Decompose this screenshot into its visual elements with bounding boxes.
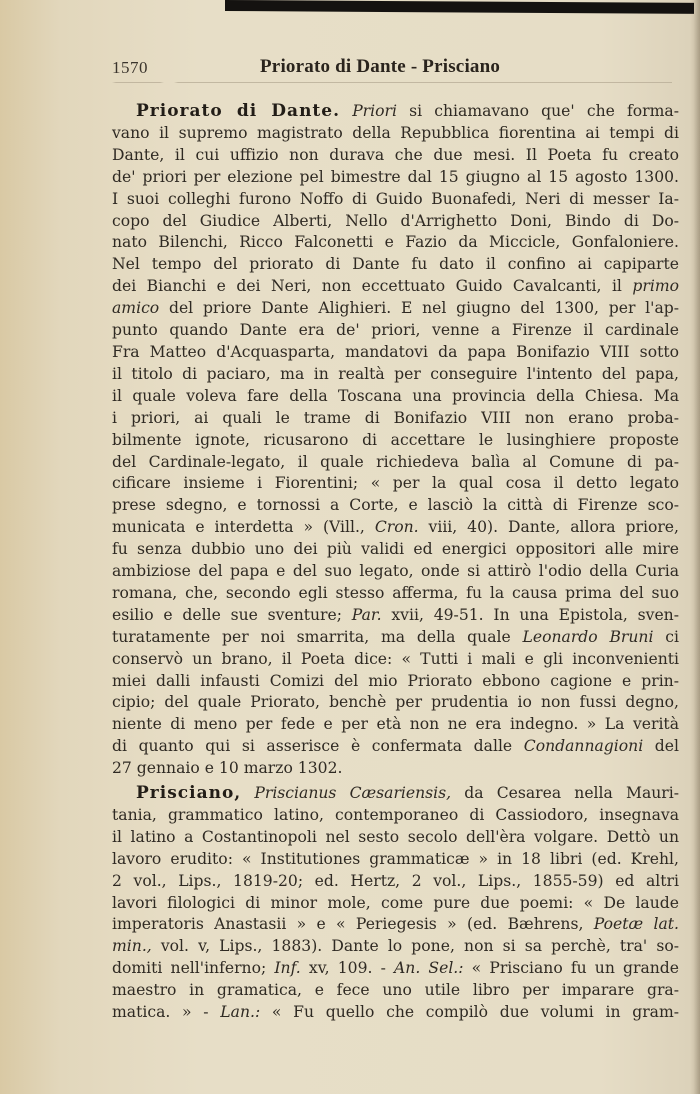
entry-line: il quale voleva fare della Toscana una p… — [112, 386, 679, 408]
entry-line: ambiziose del papa e del suo legato, ond… — [112, 561, 679, 583]
entry-line: niente di meno per fede e per età non ne… — [112, 714, 679, 736]
entry-line: amico del priore Dante Alighieri. E nel … — [112, 298, 679, 320]
entry-line: il latino a Costantinopoli nel sesto sec… — [112, 827, 679, 849]
headword: Prisciano, — [136, 783, 241, 803]
entry-line: del Cardinale-legato, il quale richiedev… — [112, 452, 679, 474]
entry-line: cipio; del quale Priorato, benchè per pr… — [112, 692, 679, 714]
entry-line: Nel tempo del priorato di Dante fu dato … — [112, 254, 679, 276]
entry-line: Fra Matteo d'Acquasparta, mandatovi da p… — [112, 342, 679, 364]
entry-line: cificare insieme i Fiorentini; « per la … — [112, 473, 679, 495]
running-head: 1570 Priorato di Dante - Prisciano — [112, 56, 672, 82]
entry-line: esilio e delle sue sventure; Par. xvii, … — [112, 605, 679, 627]
entry-line: matica. » - Lan.: « Fu quello che compil… — [112, 1002, 679, 1024]
entry-line: turatamente per noi smarrita, ma della q… — [112, 627, 679, 649]
entry-line: Dante, il cui uffizio non durava che due… — [112, 145, 679, 167]
entry-line: min., vol. v, Lips., 1883). Dante lo pon… — [112, 936, 679, 958]
entry-line: 27 gennaio e 10 marzo 1302. — [112, 758, 679, 780]
entry-line: lavori filologici di minor mole, come pu… — [112, 893, 679, 915]
entry-line: fu senza dubbio uno dei più validi ed en… — [112, 539, 679, 561]
entry-line: domiti nell'inferno; Inf. xv, 109. - An.… — [112, 958, 679, 980]
entry-line: i priori, ai quali le trame di Bonifazio… — [112, 408, 679, 430]
entry-line: Priorato di Dante. Priori si chiamavano … — [112, 101, 679, 123]
entry-line: municata e interdetta » (Vill., Cron. vi… — [112, 517, 679, 539]
headword: Priorato di Dante. — [136, 101, 340, 121]
entry-line: il titolo di paciaro, ma in realtà per c… — [112, 364, 679, 386]
entry-line: vano il supremo magistrato della Repubbl… — [112, 123, 679, 145]
entry-line: de' priori per elezione pel bimestre dal… — [112, 167, 679, 189]
running-title: Priorato di Dante - Prisciano — [260, 56, 500, 78]
entry-prisciano: Prisciano, Priscianus Cæsariensis, da Ce… — [112, 783, 679, 1024]
entry-line: romana, che, secondo egli stesso afferma… — [112, 583, 679, 605]
entry-line: bilmente ignote, ricusarono di accettare… — [112, 430, 679, 452]
entry-line: copo del Giudice Alberti, Nello d'Arrigh… — [112, 211, 679, 233]
entry-priorato-di-dante: Priorato di Dante. Priori si chiamavano … — [112, 101, 679, 780]
entry-line: dei Bianchi e dei Neri, non eccettuato G… — [112, 276, 679, 298]
scan-top-edge — [225, 0, 700, 14]
header-rule — [112, 82, 672, 83]
entry-line: Prisciano, Priscianus Cæsariensis, da Ce… — [112, 783, 679, 805]
entry-line: nato Bilenchi, Ricco Falconetti e Fazio … — [112, 232, 679, 254]
entry-line: tania, grammatico latino, contemporaneo … — [112, 805, 679, 827]
entry-line: I suoi colleghi furono Noffo di Guido Bu… — [112, 189, 679, 211]
entry-line: 2 vol., Lips., 1819-20; ed. Hertz, 2 vol… — [112, 871, 679, 893]
entry-line: imperatoris Anastasii » e « Periegesis »… — [112, 914, 679, 936]
scan-right-edge — [694, 0, 700, 1094]
entry-line: prese sdegno, e tornossi a Corte, e lasc… — [112, 495, 679, 517]
entry-line: punto quando Dante era de' priori, venne… — [112, 320, 679, 342]
page-number: 1570 — [112, 58, 148, 78]
entry-line: conservò un brano, il Poeta dice: « Tutt… — [112, 649, 679, 671]
entry-line: lavoro erudito: « Institutiones grammati… — [112, 849, 679, 871]
entry-line: di quanto qui si asserisce è confermata … — [112, 736, 679, 758]
entry-line: maestro in gramatica, e fece uno utile l… — [112, 980, 679, 1002]
entry-line: miei dalli infausti Comizi del mio Prior… — [112, 671, 679, 693]
